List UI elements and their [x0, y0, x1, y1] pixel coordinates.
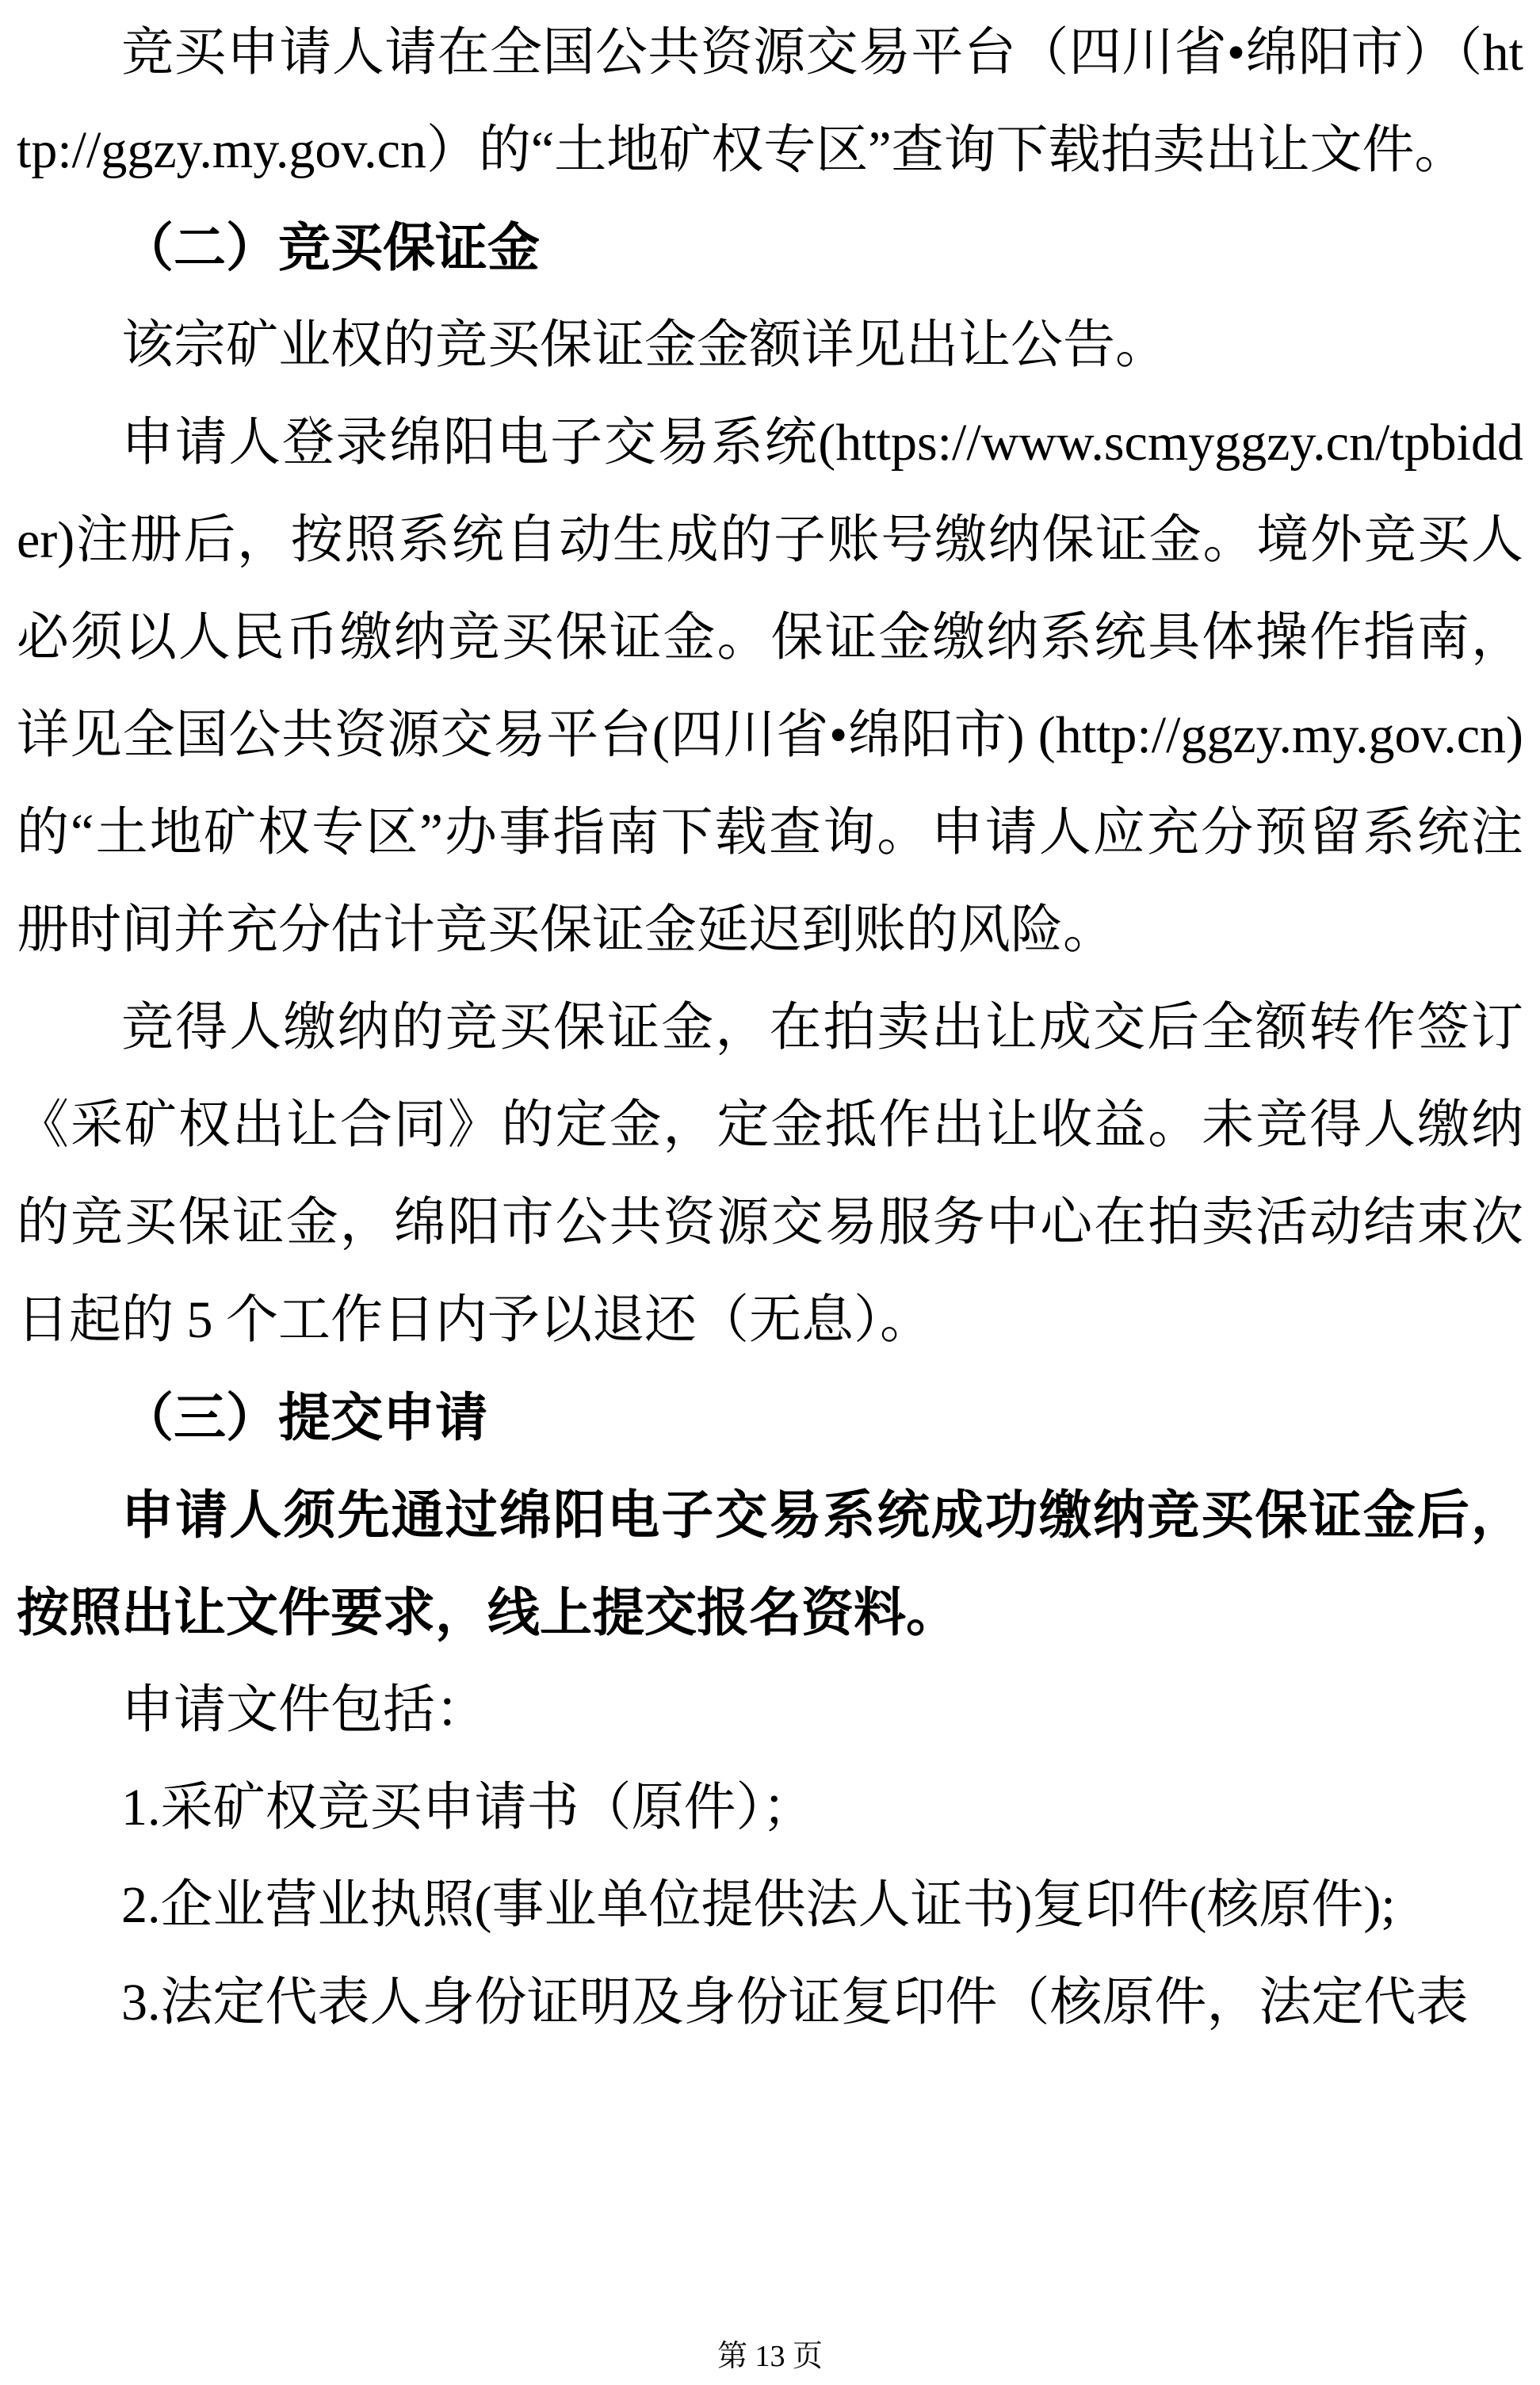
paragraph-download-notice: 竞买申请人请在全国公共资源交易平台（四川省•绵阳市）（http://ggzy.m…: [17, 4, 1523, 199]
list-item-1: 1.采矿权竞买申请书（原件）；: [17, 1759, 1523, 1856]
list-item-3: 3.法定代表人身份证明及身份证复印件（核原件，法定代表: [17, 1954, 1523, 2051]
section-heading-2-deposit: （二）竞买保证金: [17, 199, 1523, 296]
document-body: 竞买申请人请在全国公共资源交易平台（四川省•绵阳市）（http://ggzy.m…: [0, 0, 1540, 2051]
document-page: { "document": { "paragraphs": [ { "style…: [0, 0, 1540, 2385]
section-heading-3-submit: （三）提交申请: [17, 1369, 1523, 1466]
paragraph-registration: 申请人登录绵阳电子交易系统(https://www.scmyggzy.cn/tp…: [17, 394, 1523, 979]
paragraph-files-include: 申请文件包括：: [17, 1661, 1523, 1759]
page-number-footer: 第 13 页: [0, 2338, 1540, 2375]
paragraph-deposit-amount: 该宗矿业权的竞买保证金金额详见出让公告。: [17, 296, 1523, 394]
paragraph-submit-bold: 申请人须先通过绵阳电子交易系统成功缴纳竞买保证金后，按照出让文件要求，线上提交报…: [17, 1466, 1523, 1661]
paragraph-deposit-refund: 竞得人缴纳的竞买保证金，在拍卖出让成交后全额转作签订《采矿权出让合同》的定金，定…: [17, 979, 1523, 1369]
list-item-2: 2.企业营业执照(事业单位提供法人证书)复印件(核原件);: [17, 1856, 1523, 1954]
